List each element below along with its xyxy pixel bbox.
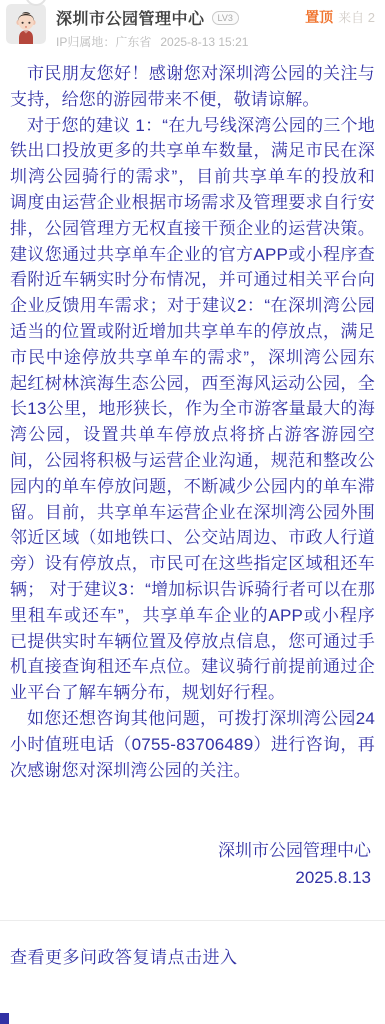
- ip-location-label: IP归属地：广东省: [56, 35, 151, 49]
- reply-body: 市民朋友您好！感谢您对深圳湾公园的关注与支持，给您的游园带来不便，敬请谅解。 对…: [0, 61, 385, 783]
- reply-paragraph: 对于您的建议 1：“在九号线深湾公园的三个地铁出口投放更多的共享单车数量，满足市…: [10, 113, 375, 706]
- post-page: 深圳市公园管理中心 LV3 IP归属地：广东省2025-8-13 15:21 置…: [0, 0, 385, 1024]
- footer-link-row: 查看更多问政答复请点击进入: [0, 921, 385, 968]
- post-timestamp: 2025-8-13 15:21: [160, 35, 248, 49]
- poster-name[interactable]: 深圳市公园管理中心: [56, 6, 205, 29]
- post-header: 深圳市公园管理中心 LV3 IP归属地：广东省2025-8-13 15:21 置…: [0, 0, 385, 50]
- reply-paragraph: 如您还想咨询其他问题，可拨打深圳湾公园24小时值班电话（0755-8370648…: [10, 706, 375, 783]
- from-label: 来自 2: [338, 10, 375, 25]
- poster-info: 深圳市公园管理中心 LV3 IP归属地：广东省2025-8-13 15:21: [56, 4, 305, 50]
- level-badge: LV3: [212, 11, 239, 25]
- post-meta: IP归属地：广东省2025-8-13 15:21: [56, 33, 305, 50]
- boy-avatar-icon[interactable]: [6, 4, 46, 44]
- pinned-badge: 置顶: [305, 9, 333, 25]
- signature-date: 2025.8.13: [0, 864, 371, 891]
- cutoff-element-bottom: [0, 1013, 9, 1024]
- header-right: 置顶来自 2: [305, 4, 375, 27]
- signature-name: 深圳市公园管理中心: [0, 837, 371, 864]
- signature-block: 深圳市公园管理中心 2025.8.13: [0, 837, 385, 891]
- reply-paragraph: 市民朋友您好！感谢您对深圳湾公园的关注与支持，给您的游园带来不便，敬请谅解。: [10, 61, 375, 113]
- view-more-replies-link[interactable]: 查看更多问政答复请点击进入: [10, 943, 238, 968]
